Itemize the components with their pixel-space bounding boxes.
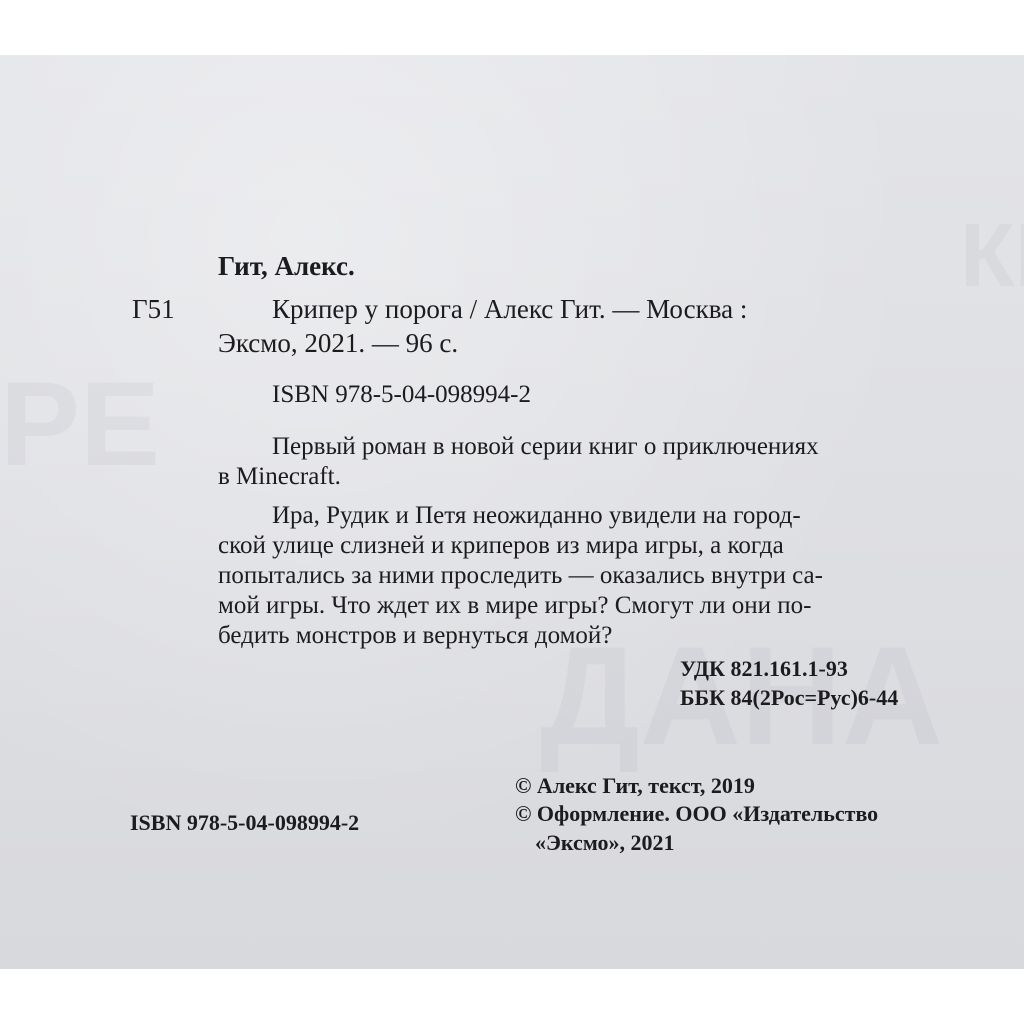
copyright-design-line-2: «Эксмо», 2021 bbox=[535, 832, 675, 854]
annotation-line: мой игры. Что ждет их в мире игры? Смогу… bbox=[218, 591, 940, 621]
copyright-text: © Алекс Гит, текст, 2019 bbox=[515, 775, 755, 797]
book-page-photo: КНИГА РЕ ДАНА Гит, Алекс. Г51 Крипер у п… bbox=[0, 55, 1024, 969]
show-through-text: КНИГА bbox=[960, 205, 1024, 308]
title-line-2: Эксмо, 2021. — 96 с. bbox=[218, 330, 458, 357]
annotation-line: попытались за ними проследить — оказалис… bbox=[218, 561, 940, 591]
annotation-line: бедить монстров и вернуться домой? bbox=[218, 621, 940, 651]
title-line-1: Крипер у порога / Алекс Гит. — Москва : bbox=[272, 296, 747, 323]
annotation-paragraph-2: Ира, Рудик и Петя неожиданно увидели на … bbox=[218, 501, 940, 651]
udc-code: УДК 821.161.1-93 bbox=[680, 658, 848, 680]
annotation-line: Первый роман в новой серии книг о приклю… bbox=[218, 432, 940, 462]
call-number: Г51 bbox=[132, 296, 175, 323]
bbk-code: ББК 84(2Рос=Рус)6-44 bbox=[680, 687, 898, 709]
footer-isbn: ISBN 978-5-04-098994-2 bbox=[130, 812, 359, 834]
annotation-line: в Minecraft. bbox=[218, 462, 940, 492]
annotation-line: Ира, Рудик и Петя неожиданно увидели на … bbox=[218, 501, 940, 531]
author-heading: Гит, Алекс. bbox=[218, 253, 355, 280]
copyright-design-line-1: © Оформление. ООО «Издательство bbox=[515, 803, 878, 825]
annotation-paragraph-1: Первый роман в новой серии книг о приклю… bbox=[218, 432, 940, 492]
isbn-line: ISBN 978-5-04-098994-2 bbox=[272, 382, 531, 407]
show-through-text: РЕ bbox=[0, 355, 160, 493]
annotation-line: ской улице слизней и криперов из мира иг… bbox=[218, 531, 940, 561]
